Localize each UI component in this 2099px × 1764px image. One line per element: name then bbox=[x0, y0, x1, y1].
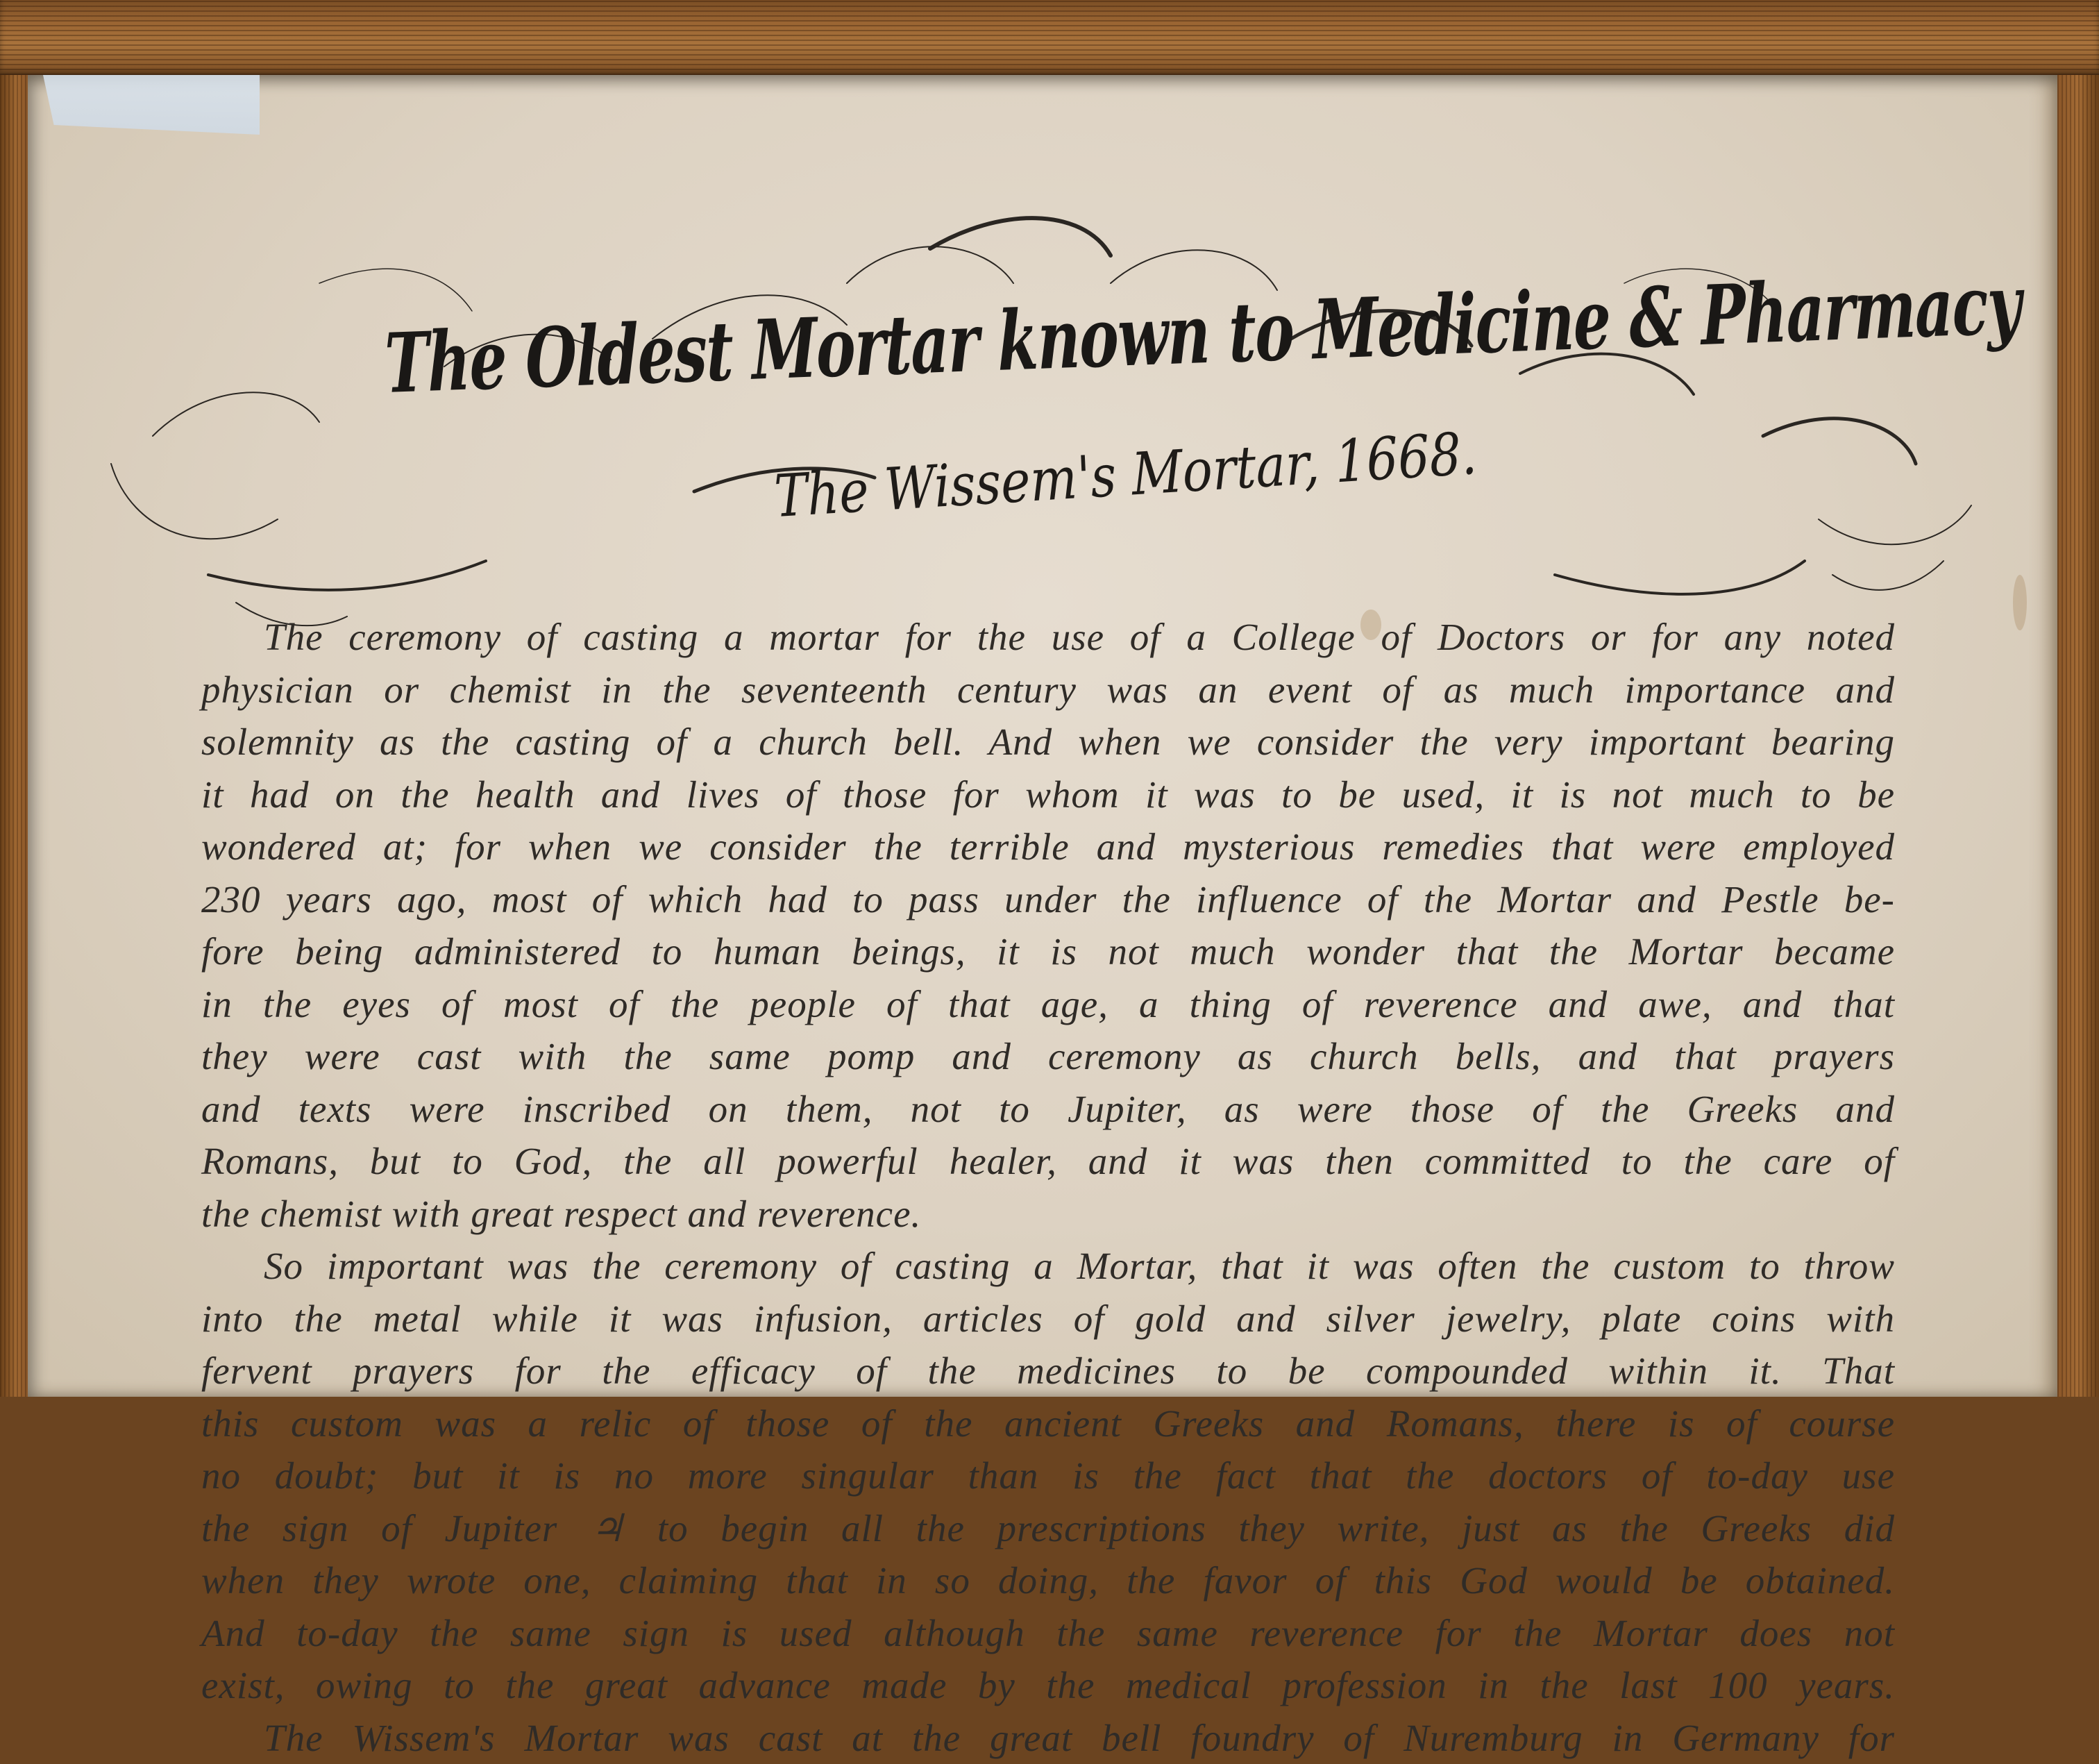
body-line: So important was the ceremony of casting… bbox=[201, 1240, 1895, 1293]
picture-frame: The Oldest Mortar known to Medicine & Ph… bbox=[0, 0, 2099, 1397]
body-line: wondered at; for when we consider the te… bbox=[201, 821, 1895, 873]
body-line: Romans, but to God, the all powerful hea… bbox=[201, 1135, 1895, 1188]
frame-right-rail bbox=[2057, 75, 2099, 1397]
document-body: The ceremony of casting a mortar for the… bbox=[201, 611, 1895, 1397]
body-line: 230 years ago, most of which had to pass… bbox=[201, 873, 1895, 926]
frame-top-rail bbox=[0, 0, 2099, 75]
body-line: fore being administered to human beings,… bbox=[201, 925, 1895, 978]
body-line: it had on the health and lives of those … bbox=[201, 768, 1895, 821]
body-line: solemnity as the casting of a church bel… bbox=[201, 716, 1895, 768]
body-line: into the metal while it was infusion, ar… bbox=[201, 1293, 1895, 1345]
body-line: and texts were inscribed on them, not to… bbox=[201, 1083, 1895, 1136]
body-line: fervent prayers for the efficacy of the … bbox=[201, 1345, 1895, 1397]
body-line: they were cast with the same pomp and ce… bbox=[201, 1030, 1895, 1083]
body-line: The ceremony of casting a mortar for the… bbox=[201, 611, 1895, 664]
paper-stain bbox=[2013, 575, 2027, 630]
frame-left-rail bbox=[0, 75, 28, 1397]
body-line: the chemist with great respect and rever… bbox=[201, 1188, 1895, 1241]
body-line: in the eyes of most of the people of tha… bbox=[201, 978, 1895, 1031]
body-line: physician or chemist in the seventeenth … bbox=[201, 664, 1895, 716]
